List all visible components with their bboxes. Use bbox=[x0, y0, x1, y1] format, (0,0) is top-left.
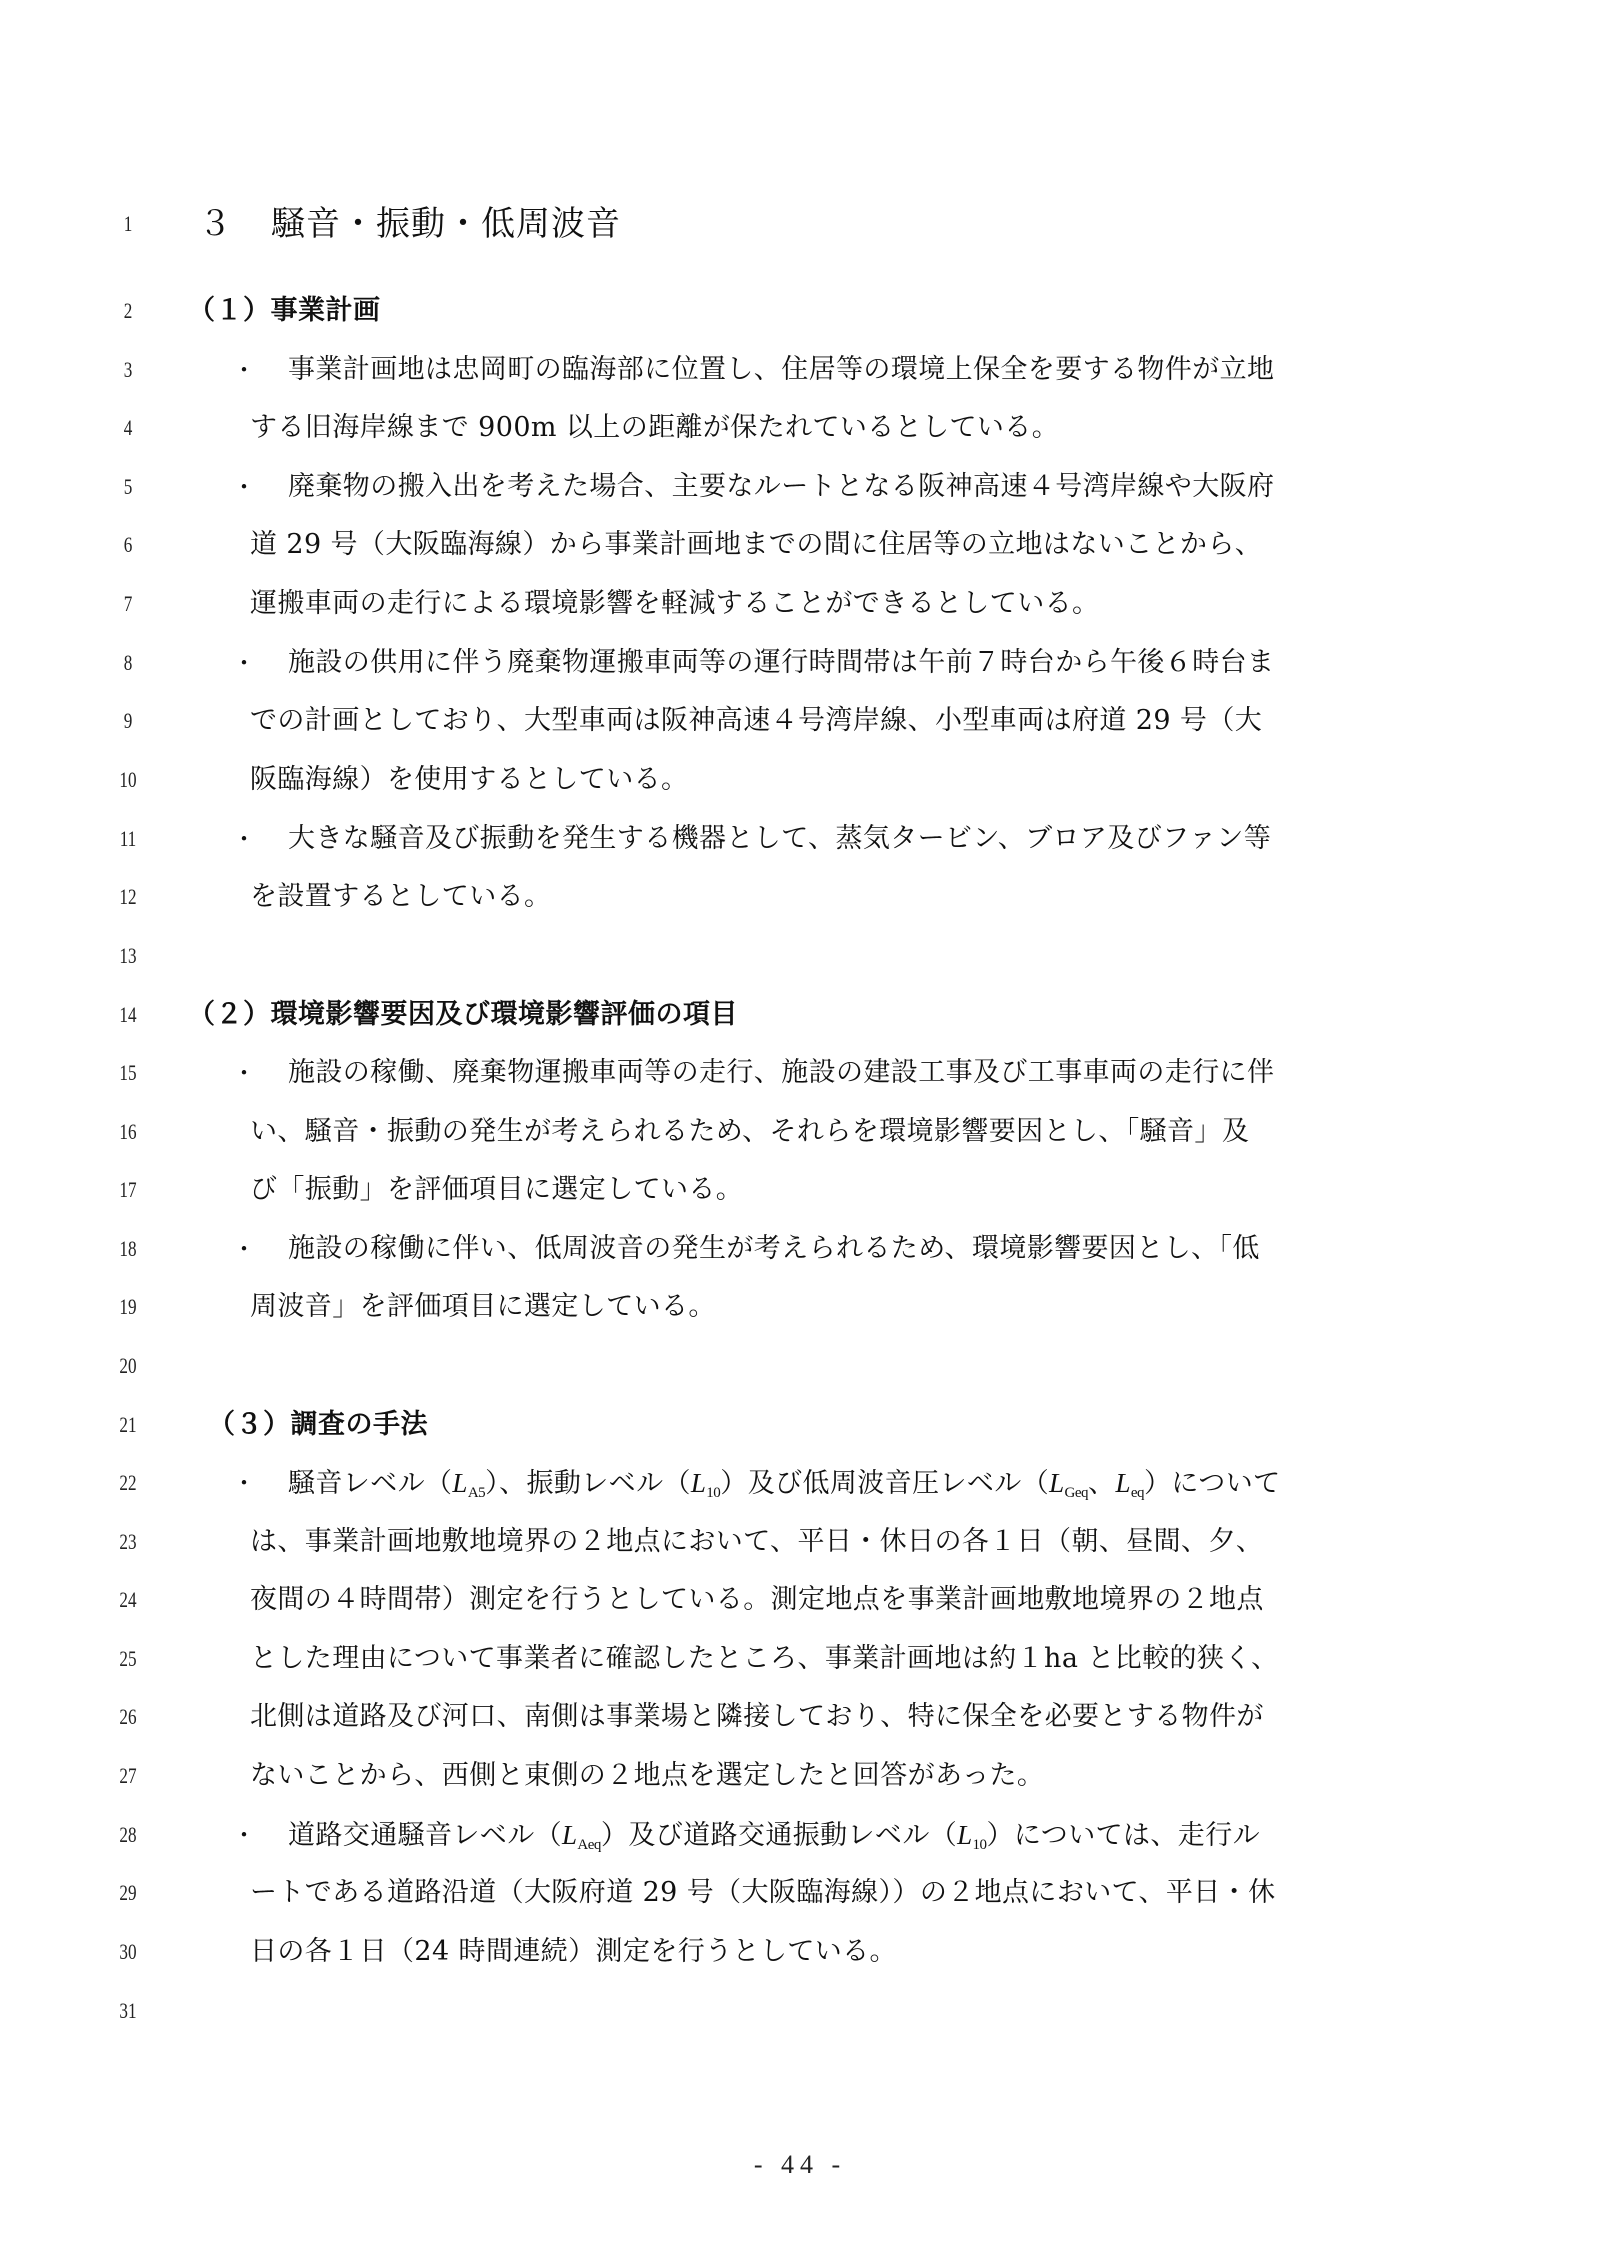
line-number: 4 bbox=[112, 399, 143, 457]
text-fragment: ）及び低周波音圧レベル（ bbox=[720, 1468, 1049, 1499]
line-number: 31 bbox=[112, 1982, 143, 2040]
paragraph-text: 施設の稼働、廃棄物運搬車両等の走行、施設の建設工事及び工事車両の走行に伴 bbox=[288, 1044, 1274, 1102]
text-fragment: ）については、走行ル bbox=[987, 1820, 1260, 1851]
line-number: 2 bbox=[112, 282, 143, 340]
text-fragment: ）について bbox=[1144, 1468, 1280, 1499]
paragraph-text: 廃棄物の搬入出を考えた場合、主要なルートとなる阪神高速４号湾岸線や大阪府 bbox=[288, 458, 1274, 516]
subsection-heading-3: （３）調査の手法 bbox=[208, 1396, 428, 1454]
line-18: 18 ・ 施設の稼働に伴い、低周波音の発生が考えられるため、環境影響要因とし、「… bbox=[0, 1220, 1600, 1278]
line-15: 15 ・ 施設の稼働、廃棄物運搬車両等の走行、施設の建設工事及び工事車両の走行に… bbox=[0, 1044, 1600, 1102]
paragraph-text: ートである道路沿道（大阪府道 29 号（大阪臨海線））の２地点において、平日・休 bbox=[250, 1864, 1275, 1922]
text-fragment: ）、振動レベル（ bbox=[485, 1468, 691, 1499]
line-number: 26 bbox=[112, 1688, 143, 1746]
line-12: 12 を設置するとしている。 bbox=[0, 868, 1600, 926]
symbol-letter: L bbox=[957, 1820, 972, 1850]
paragraph-text: とした理由について事業者に確認したところ、事業計画地は約１ha と比較的狭く、 bbox=[250, 1630, 1279, 1688]
line-30: 30 日の各１日（24 時間連続）測定を行うとしている。 bbox=[0, 1923, 1600, 1981]
line-1: 1 ３騒音・振動・低周波音 bbox=[0, 195, 1600, 253]
paragraph-text: び「振動」を評価項目に選定している。 bbox=[250, 1161, 743, 1219]
line-number: 22 bbox=[112, 1454, 143, 1512]
subsection-heading-2: （２）環境影響要因及び環境影響評価の項目 bbox=[188, 986, 738, 1044]
line-number: 17 bbox=[112, 1161, 143, 1219]
line-5: 5 ・ 廃棄物の搬入出を考えた場合、主要なルートとなる阪神高速４号湾岸線や大阪府 bbox=[0, 458, 1600, 516]
line-number: 1 bbox=[112, 195, 143, 253]
symbol-l-aeq: LAeq bbox=[562, 1820, 601, 1850]
bullet-icon: ・ bbox=[232, 810, 256, 868]
line-number: 12 bbox=[112, 868, 143, 926]
line-number: 3 bbox=[112, 341, 143, 399]
text-fragment: 道路交通騒音レベル（ bbox=[288, 1820, 562, 1851]
bullet-icon: ・ bbox=[232, 341, 256, 399]
text-fragment: 騒音レベル（ bbox=[288, 1468, 452, 1499]
line-21: 21 （３）調査の手法 bbox=[0, 1396, 1600, 1454]
line-number: 9 bbox=[112, 692, 143, 750]
line-10: 10 阪臨海線）を使用するとしている。 bbox=[0, 751, 1600, 809]
paragraph-text: 日の各１日（24 時間連続）測定を行うとしている。 bbox=[250, 1923, 897, 1981]
paragraph-text: 夜間の４時間帯）測定を行うとしている。測定地点を事業計画地敷地境界の２地点 bbox=[250, 1571, 1264, 1629]
line-number: 15 bbox=[112, 1044, 143, 1102]
line-number: 20 bbox=[112, 1337, 143, 1395]
line-number: 18 bbox=[112, 1220, 143, 1278]
line-2: 2 （１）事業計画 bbox=[0, 282, 1600, 340]
line-number: 16 bbox=[112, 1103, 143, 1161]
line-28: 28 ・ 道路交通騒音レベル（LAeq）及び道路交通振動レベル（L10）について… bbox=[0, 1806, 1600, 1864]
paragraph-text: 施設の供用に伴う廃棄物運搬車両等の運行時間帯は午前７時台から午後６時台ま bbox=[288, 634, 1274, 692]
symbol-l-a5: LA5 bbox=[452, 1468, 485, 1498]
line-7: 7 運搬車両の走行による環境影響を軽減することができるとしている。 bbox=[0, 575, 1600, 633]
line-number: 24 bbox=[112, 1571, 143, 1629]
line-23: 23 は、事業計画地敷地境界の２地点において、平日・休日の各１日（朝、昼間、夕、 bbox=[0, 1513, 1600, 1571]
line-number: 29 bbox=[112, 1864, 143, 1922]
symbol-l-geq: LGeq bbox=[1049, 1468, 1088, 1498]
paragraph-text: する旧海岸線まで 900m 以上の距離が保たれているとしている。 bbox=[250, 399, 1059, 457]
paragraph-text: い、騒音・振動の発生が考えられるため、それらを環境影響要因とし、「騒音」及 bbox=[250, 1103, 1249, 1161]
line-number: 30 bbox=[112, 1923, 143, 1981]
symbol-subscript: 10 bbox=[973, 1837, 987, 1853]
symbol-letter: L bbox=[1049, 1468, 1064, 1498]
line-4: 4 する旧海岸線まで 900m 以上の距離が保たれているとしている。 bbox=[0, 399, 1600, 457]
bullet-icon: ・ bbox=[232, 1806, 256, 1864]
line-31: 31 bbox=[0, 1982, 1600, 2040]
line-19: 19 周波音」を評価項目に選定している。 bbox=[0, 1278, 1600, 1336]
line-8: 8 ・ 施設の供用に伴う廃棄物運搬車両等の運行時間帯は午前７時台から午後６時台ま bbox=[0, 634, 1600, 692]
paragraph-text: ないことから、西側と東側の２地点を選定したと回答があった。 bbox=[250, 1747, 1044, 1805]
line-number: 19 bbox=[112, 1278, 143, 1336]
section-title: ３騒音・振動・低周波音 bbox=[198, 193, 621, 255]
symbol-letter: L bbox=[691, 1468, 706, 1498]
line-9: 9 での計画としており、大型車両は阪神高速４号湾岸線、小型車両は府道 29 号（… bbox=[0, 692, 1600, 750]
line-24: 24 夜間の４時間帯）測定を行うとしている。測定地点を事業計画地敷地境界の２地点 bbox=[0, 1571, 1600, 1629]
symbol-letter: L bbox=[562, 1820, 577, 1850]
line-number: 10 bbox=[112, 751, 143, 809]
line-number: 5 bbox=[112, 458, 143, 516]
paragraph-text: 北側は道路及び河口、南側は事業場と隣接しており、特に保全を必要とする物件が bbox=[250, 1688, 1264, 1746]
line-25: 25 とした理由について事業者に確認したところ、事業計画地は約１ha と比較的狭… bbox=[0, 1630, 1600, 1688]
line-number: 25 bbox=[112, 1630, 143, 1688]
bullet-icon: ・ bbox=[232, 1220, 256, 1278]
line-number: 28 bbox=[112, 1806, 143, 1864]
line-29: 29 ートである道路沿道（大阪府道 29 号（大阪臨海線））の２地点において、平… bbox=[0, 1864, 1600, 1922]
symbol-subscript: 10 bbox=[706, 1485, 720, 1501]
paragraph-text: 阪臨海線）を使用するとしている。 bbox=[250, 751, 688, 809]
paragraph-text: 騒音レベル（LA5）、振動レベル（L10）及び低周波音圧レベル（LGeq、Leq… bbox=[288, 1454, 1281, 1522]
bullet-icon: ・ bbox=[232, 458, 256, 516]
symbol-l-eq: Leq bbox=[1115, 1468, 1144, 1498]
paragraph-text: での計画としており、大型車両は阪神高速４号湾岸線、小型車両は府道 29 号（大 bbox=[250, 692, 1262, 750]
paragraph-text: 施設の稼働に伴い、低周波音の発生が考えられるため、環境影響要因とし、「低 bbox=[288, 1220, 1260, 1278]
line-11: 11 ・ 大きな騒音及び振動を発生する機器として、蒸気タービン、ブロア及びファン… bbox=[0, 810, 1600, 868]
subsection-heading-1: （１）事業計画 bbox=[188, 282, 381, 340]
symbol-letter: L bbox=[1115, 1468, 1130, 1498]
symbol-subscript: Aeq bbox=[577, 1837, 601, 1853]
bullet-icon: ・ bbox=[232, 1454, 256, 1512]
line-17: 17 び「振動」を評価項目に選定している。 bbox=[0, 1161, 1600, 1219]
paragraph-text: 大きな騒音及び振動を発生する機器として、蒸気タービン、ブロア及びファン等 bbox=[288, 810, 1271, 868]
paragraph-text: を設置するとしている。 bbox=[250, 868, 551, 926]
text-fragment: 、 bbox=[1088, 1468, 1115, 1499]
line-number: 27 bbox=[112, 1747, 143, 1805]
line-number: 7 bbox=[112, 575, 143, 633]
line-6: 6 道 29 号（大阪臨海線）から事業計画地までの間に住居等の立地はないことから… bbox=[0, 516, 1600, 574]
symbol-l-10: L10 bbox=[691, 1468, 720, 1498]
line-14: 14 （２）環境影響要因及び環境影響評価の項目 bbox=[0, 986, 1600, 1044]
symbol-subscript: eq bbox=[1131, 1485, 1144, 1501]
paragraph-text: 周波音」を評価項目に選定している。 bbox=[250, 1278, 716, 1336]
line-22: 22 ・ 騒音レベル（LA5）、振動レベル（L10）及び低周波音圧レベル（LGe… bbox=[0, 1454, 1600, 1512]
line-16: 16 い、騒音・振動の発生が考えられるため、それらを環境影響要因とし、「騒音」及 bbox=[0, 1103, 1600, 1161]
symbol-l-10: L10 bbox=[957, 1820, 986, 1850]
line-26: 26 北側は道路及び河口、南側は事業場と隣接しており、特に保全を必要とする物件が bbox=[0, 1688, 1600, 1746]
line-number: 8 bbox=[112, 634, 143, 692]
line-3: 3 ・ 事業計画地は忠岡町の臨海部に位置し、住居等の環境上保全を要する物件が立地 bbox=[0, 341, 1600, 399]
line-20: 20 bbox=[0, 1337, 1600, 1395]
line-13: 13 bbox=[0, 927, 1600, 985]
line-number: 13 bbox=[112, 927, 143, 985]
line-number: 6 bbox=[112, 516, 143, 574]
page-number: - 44 - bbox=[0, 2150, 1600, 2180]
bullet-icon: ・ bbox=[232, 1044, 256, 1102]
line-number: 23 bbox=[112, 1513, 143, 1571]
paragraph-text: 運搬車両の走行による環境影響を軽減することができるとしている。 bbox=[250, 575, 1099, 633]
line-number: 14 bbox=[112, 986, 143, 1044]
text-fragment: ）及び道路交通振動レベル（ bbox=[601, 1820, 957, 1851]
paragraph-text: 事業計画地は忠岡町の臨海部に位置し、住居等の環境上保全を要する物件が立地 bbox=[288, 341, 1274, 399]
section-title-text: 騒音・振動・低周波音 bbox=[271, 204, 621, 244]
line-number: 11 bbox=[112, 810, 143, 868]
line-27: 27 ないことから、西側と東側の２地点を選定したと回答があった。 bbox=[0, 1747, 1600, 1805]
symbol-subscript: A5 bbox=[468, 1485, 485, 1501]
symbol-subscript: Geq bbox=[1065, 1485, 1089, 1501]
symbol-letter: L bbox=[452, 1468, 467, 1498]
bullet-icon: ・ bbox=[232, 634, 256, 692]
paragraph-text: は、事業計画地敷地境界の２地点において、平日・休日の各１日（朝、昼間、夕、 bbox=[250, 1513, 1263, 1571]
line-number: 21 bbox=[112, 1396, 143, 1454]
paragraph-text: 道 29 号（大阪臨海線）から事業計画地までの間に住居等の立地はないことから、 bbox=[250, 516, 1262, 574]
document-page: 1 ３騒音・振動・低周波音 2 （１）事業計画 3 ・ 事業計画地は忠岡町の臨海… bbox=[0, 0, 1600, 2263]
section-number: ３ bbox=[198, 204, 233, 244]
